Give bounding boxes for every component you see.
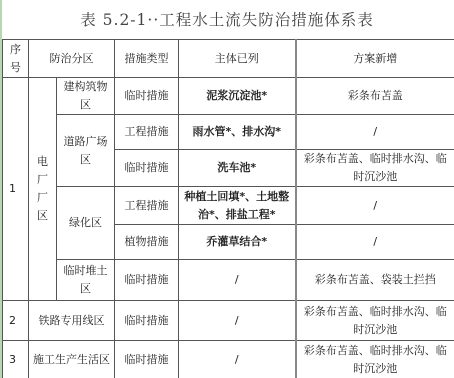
header-type: 措施类型 (115, 40, 179, 78)
zone-cell: 施工生产生活区 (29, 341, 115, 378)
zone-cell: 电厂厂区 (29, 78, 57, 301)
seq-cell: 1 (3, 78, 29, 301)
type-cell: 临时措施 (115, 78, 179, 115)
subzone-cell: 道路广场区 (57, 115, 115, 187)
plan-cell: 彩条布苫盖 (296, 78, 454, 115)
type-cell: 临时措施 (115, 301, 179, 341)
subzone-cell: 绿化区 (57, 187, 115, 260)
plan-cell: 彩条布苫盖、临时排水沟、临时沉沙池 (296, 341, 454, 378)
main-cell: 泥浆沉淀池* (179, 78, 296, 115)
subzone-cell: 建构筑物区 (57, 78, 115, 115)
plan-cell: 彩条布苫盖、临时排水沟、临时沉沙池 (296, 301, 454, 341)
type-cell: 临时措施 (115, 260, 179, 301)
table-row: 绿化区 工程措施 种植土回填*、土地整治*、排盐工程* / (3, 187, 454, 225)
table-row: 临时堆土区 临时措施 / 彩条布苫盖、袋装土拦挡 (3, 260, 454, 301)
table-row: 道路广场区 工程措施 雨水管*、排水沟* / (3, 115, 454, 150)
header-zone: 防治分区 (29, 40, 115, 78)
type-cell: 临时措施 (115, 150, 179, 187)
seq-cell: 2 (3, 301, 29, 341)
plan-cell: 彩条布苫盖、临时排水沟、临时沉沙池 (296, 150, 454, 187)
type-cell: 工程措施 (115, 115, 179, 150)
main-cell: 乔灌草结合* (179, 225, 296, 260)
header-plan: 方案新增 (296, 40, 454, 78)
main-cell: 种植土回填*、土地整治*、排盐工程* (179, 187, 296, 225)
subzone-cell: 临时堆土区 (57, 260, 115, 301)
zone-cell: 铁路专用线区 (29, 301, 115, 341)
table-row: 2 铁路专用线区 临时措施 / 彩条布苫盖、临时排水沟、临时沉沙池 (3, 301, 454, 341)
main-cell: / (179, 301, 296, 341)
plan-cell: / (296, 115, 454, 150)
main-cell: 雨水管*、排水沟* (179, 115, 296, 150)
table-title: 表 5.2-1··工程水土流失防治措施体系表 (0, 8, 454, 30)
header-row: 序号 防治分区 措施类型 主体已列 方案新增 (3, 40, 454, 78)
soil-erosion-measures-table: 序号 防治分区 措施类型 主体已列 方案新增 1 电厂厂区 建构筑物区 临时措施… (2, 39, 454, 378)
table-row: 3 施工生产生活区 临时措施 / 彩条布苫盖、临时排水沟、临时沉沙池 (3, 341, 454, 378)
header-seq: 序号 (3, 40, 29, 78)
seq-cell: 3 (3, 341, 29, 378)
plan-cell: 彩条布苫盖、袋装土拦挡 (296, 260, 454, 301)
type-cell: 工程措施 (115, 187, 179, 225)
main-cell: 洗车池* (179, 150, 296, 187)
plan-cell: / (296, 225, 454, 260)
type-cell: 临时措施 (115, 341, 179, 378)
main-cell: / (179, 260, 296, 301)
header-main: 主体已列 (179, 40, 296, 78)
table-row: 1 电厂厂区 建构筑物区 临时措施 泥浆沉淀池* 彩条布苫盖 (3, 78, 454, 115)
type-cell: 植物措施 (115, 225, 179, 260)
main-cell: / (179, 341, 296, 378)
plan-cell: / (296, 187, 454, 225)
